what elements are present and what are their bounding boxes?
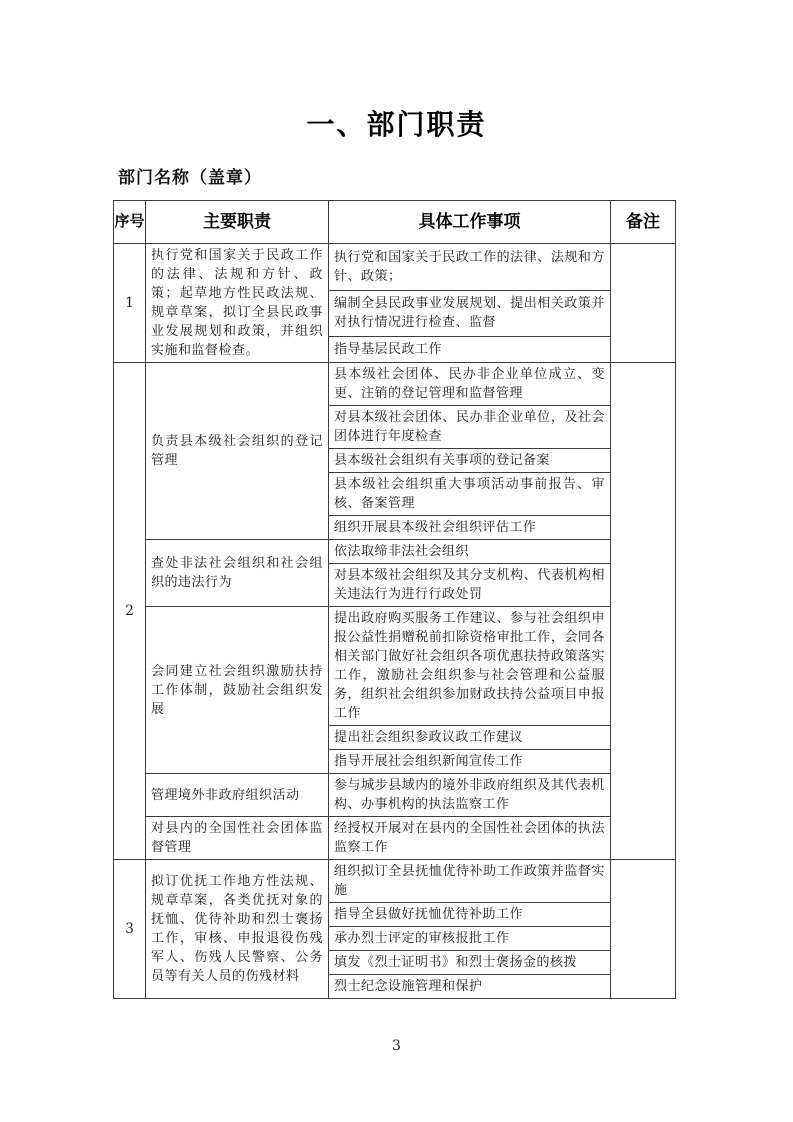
header-remarks: 备注 bbox=[611, 201, 676, 244]
task-item-cell: 县本级社会团体、民办非企业单位成立、变更、注销的登记管理和监督管理 bbox=[329, 363, 611, 406]
table-row: 会同建立社会组织激励扶持工作体制，鼓励社会组织发展提出政府购买服务工作建议、参与… bbox=[114, 607, 676, 726]
serial-number-cell: 1 bbox=[114, 244, 146, 363]
task-item-cell: 组织拟订全县抚恤优待补助工作政策并监督实施 bbox=[329, 860, 611, 903]
duty-table-body: 1执行党和国家关于民政工作的法律、法规和方针、政策；起草地方性民政法规、规章草案… bbox=[114, 244, 676, 999]
serial-number-cell: 2 bbox=[114, 363, 146, 860]
table-row: 2负责县本级社会组织的登记管理县本级社会团体、民办非企业单位成立、变更、注销的登… bbox=[114, 363, 676, 406]
task-item-cell: 承办烈士评定的审核报批工作 bbox=[329, 927, 611, 951]
task-item-cell: 依法取缔非法社会组织 bbox=[329, 540, 611, 564]
task-item-cell: 对县本级社会团体、民办非企业单位，及社会团体进行年度检查 bbox=[329, 406, 611, 449]
page-title: 一、部门职责 bbox=[0, 103, 793, 143]
duty-table-header: 序号 主要职责 具体工作事项 备注 bbox=[114, 201, 676, 244]
main-duty-cell: 对县内的全国性社会团体监督管理 bbox=[146, 817, 329, 860]
header-serial-number: 序号 bbox=[114, 201, 146, 244]
task-item-cell: 经授权开展对在县内的全国性社会团体的执法监察工作 bbox=[329, 817, 611, 860]
department-name-label: 部门名称（盖章） bbox=[118, 163, 262, 188]
task-item-cell: 对县本级社会组织及其分支机构、代表机构相关违法行为进行行政处罚 bbox=[329, 564, 611, 607]
duty-table: 序号 主要职责 具体工作事项 备注 1执行党和国家关于民政工作的法律、法规和方针… bbox=[113, 200, 676, 999]
task-item-cell: 填发《烈士证明书》和烈士褒扬金的核拨 bbox=[329, 951, 611, 975]
task-item-cell: 编制全县民政事业发展规划、提出相关政策并对执行情况进行检查、监督 bbox=[329, 290, 611, 337]
task-item-cell: 县本级社会组织有关事项的登记备案 bbox=[329, 449, 611, 473]
table-row: 3拟订优抚工作地方性法规、规章草案，各类优抚对象的抚恤、优待补助和烈士褒扬工作，… bbox=[114, 860, 676, 903]
main-duty-cell: 拟订优抚工作地方性法规、规章草案，各类优抚对象的抚恤、优待补助和烈士褒扬工作，审… bbox=[146, 860, 329, 999]
remark-cell bbox=[611, 363, 676, 860]
task-item-cell: 烈士纪念设施管理和保护 bbox=[329, 975, 611, 999]
document-page: 一、部门职责 部门名称（盖章） 序号 主要职责 具体工作事项 备注 1执行党和国… bbox=[0, 0, 793, 1122]
page-number: 3 bbox=[0, 1038, 793, 1054]
task-item-cell: 指导全县做好抚恤优待补助工作 bbox=[329, 903, 611, 927]
header-specific-tasks: 具体工作事项 bbox=[329, 201, 611, 244]
main-duty-cell: 负责县本级社会组织的登记管理 bbox=[146, 363, 329, 540]
task-item-cell: 参与城步县域内的境外非政府组织及其代表机构、办事机构的执法监察工作 bbox=[329, 774, 611, 817]
task-item-cell: 组织开展县本级社会组织评估工作 bbox=[329, 516, 611, 540]
main-duty-cell: 执行党和国家关于民政工作的法律、法规和方针、政策；起草地方性民政法规、规章草案，… bbox=[146, 244, 329, 363]
main-duty-cell: 查处非法社会组织和社会组织的违法行为 bbox=[146, 540, 329, 607]
table-row: 查处非法社会组织和社会组织的违法行为依法取缔非法社会组织 bbox=[114, 540, 676, 564]
remark-cell bbox=[611, 244, 676, 363]
task-item-cell: 提出社会组织参政议政工作建议 bbox=[329, 726, 611, 750]
serial-number-cell: 3 bbox=[114, 860, 146, 999]
main-duty-cell: 管理境外非政府组织活动 bbox=[146, 774, 329, 817]
table-row: 管理境外非政府组织活动参与城步县域内的境外非政府组织及其代表机构、办事机构的执法… bbox=[114, 774, 676, 817]
table-row: 1执行党和国家关于民政工作的法律、法规和方针、政策；起草地方性民政法规、规章草案… bbox=[114, 244, 676, 291]
table-row: 对县内的全国性社会团体监督管理经授权开展对在县内的全国性社会团体的执法监察工作 bbox=[114, 817, 676, 860]
task-item-cell: 指导开展社会组织新闻宣传工作 bbox=[329, 750, 611, 774]
task-item-cell: 指导基层民政工作 bbox=[329, 337, 611, 363]
header-main-duties: 主要职责 bbox=[146, 201, 329, 244]
task-item-cell: 县本级社会组织重大事项活动事前报告、审核、备案管理 bbox=[329, 473, 611, 516]
main-duty-cell: 会同建立社会组织激励扶持工作体制，鼓励社会组织发展 bbox=[146, 607, 329, 774]
task-item-cell: 提出政府购买服务工作建议、参与社会组织申报公益性捐赠税前扣除资格审批工作，会同各… bbox=[329, 607, 611, 726]
header-row: 序号 主要职责 具体工作事项 备注 bbox=[114, 201, 676, 244]
remark-cell bbox=[611, 860, 676, 999]
task-item-cell: 执行党和国家关于民政工作的法律、法规和方针、政策； bbox=[329, 244, 611, 291]
